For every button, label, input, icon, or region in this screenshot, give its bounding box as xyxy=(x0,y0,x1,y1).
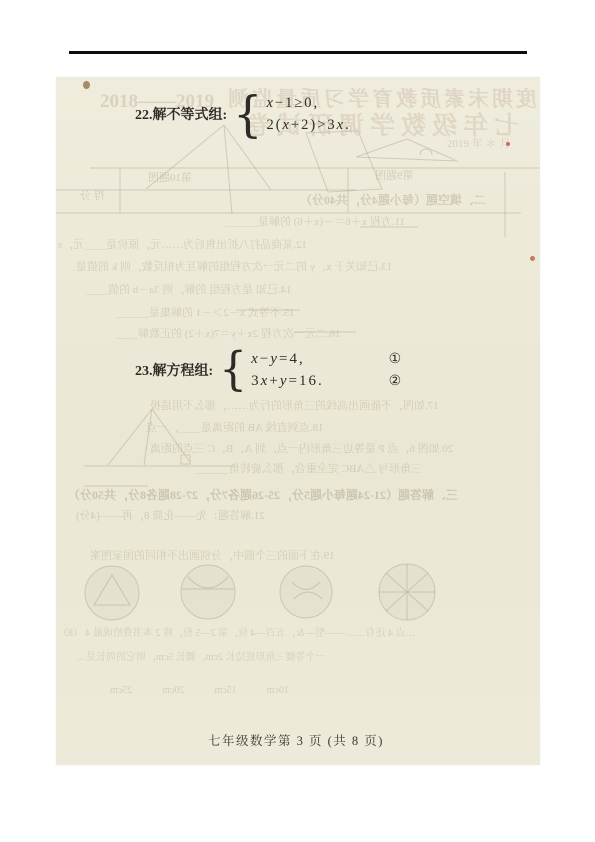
ghost-bleedthrough-line: 16.二元一次方程 2x＋y＝7(x＋2) 的正数解＿＿ xyxy=(116,328,341,341)
left-brace: { xyxy=(219,347,247,393)
equation-row: x−y=4, ① xyxy=(251,350,401,369)
problem-22-equations: x−1≥0, 2(x+2)>3x. xyxy=(266,94,350,135)
ghost-bleedthrough-line: 三、解答题（21-24题每小题5分，25-26题各7分，27-28题各8分，共5… xyxy=(68,488,458,502)
ghost-bleedthrough-line: 第10题图 xyxy=(148,172,192,185)
scan-page: { "footer": { "text": "七年级数学第 3 页 (共 8 页… xyxy=(0,0,595,842)
ghost-bleedthrough-line: 20.如图 6，点 P 是等边三角形内一点，到 A、B、C 三点的距离 xyxy=(150,443,453,456)
ghost-bleedthrough-line: 13.已知关于 x、y 的二元一次方程组的解互为相反数，则 k 的值是 xyxy=(76,261,392,274)
ghost-bleedthrough-line: 一个等腰三角形底边长 2cm，腰长 5cm，则它的周长是… xyxy=(76,652,325,664)
ghost-bleedthrough-line: 2019 年 ＊ 月 xyxy=(447,138,510,151)
ghost-bleedthrough-line: 10cm 15cm 20cm 25cm xyxy=(110,685,289,697)
problem-22-label: 22.解不等式组: xyxy=(135,104,227,124)
math-variable: x xyxy=(266,95,274,111)
math-variable: x xyxy=(261,373,270,389)
math-variable: x xyxy=(337,117,345,133)
equation-number-1: ① xyxy=(389,351,402,368)
ghost-bleedthrough-line: 17.如图，不能画出高线的三角形的行为……，那么不用适极 xyxy=(150,400,439,413)
ghost-bleedthrough-line: 15.不等式 x－2＞－1 的解集是＿＿＿ xyxy=(116,307,295,320)
math-variable: x xyxy=(283,117,291,133)
ghost-bleedthrough-line: 三角形与 △ABC 完全重合，那么旋转角＿＿＿ xyxy=(196,463,422,476)
problem-23-equations: x−y=4, ① 3x+y=16. ② xyxy=(251,350,401,391)
left-brace: { xyxy=(233,90,262,138)
ghost-bleedthrough-line: 14.已知 是方程组 的解，则 3a－b 的值＿＿ xyxy=(86,284,292,297)
brown-ink-dot xyxy=(83,81,90,89)
equation-line: x−y=4, xyxy=(251,350,305,369)
equation-row: 3x+y=16. ② xyxy=(251,372,401,391)
equation-line: 2(x+2)>3x. xyxy=(266,116,350,135)
ghost-bleedthrough-line: 第9题图 xyxy=(375,170,414,183)
problem-22: 22.解不等式组: { x−1≥0, 2(x+2)>3x. xyxy=(135,91,351,137)
equation-number-2: ② xyxy=(389,373,402,390)
ghost-bleedthrough-line: 19.在下面的三个圆中，分别画出不相同的国家图案 xyxy=(90,550,335,563)
ghost-bleedthrough-line: 二、填空题（每小题4分，共40分） xyxy=(300,193,486,207)
ghost-text-layer: 2018——2019学年度期末素质教育学习质量监测七年级数学调研试卷2019 年… xyxy=(56,77,540,765)
math-variable: y xyxy=(270,351,279,367)
math-variable: x xyxy=(251,351,260,367)
equation-line: 3x+y=16. xyxy=(251,372,324,391)
ghost-bleedthrough-line: 12.某商品打八折出售后为……元，原价是＿＿元，s xyxy=(58,239,307,252)
top-horizontal-rule xyxy=(69,51,527,54)
ghost-bleedthrough-line: …点 4 还有……——型—＆，五百—4 位，第 2—5 份，将 2 本书费给成最… xyxy=(58,628,416,640)
page-footer: 七年级数学第 3 页 (共 8 页) xyxy=(208,731,384,749)
ghost-bleedthrough-line: 11.方程 x＋6＝－(x＋6) 的解是＿＿＿ xyxy=(225,216,405,229)
math-variable: y xyxy=(280,373,289,389)
ghost-bleedthrough-line: 18.点到直线 AB 的距离是＿＿，一点 xyxy=(146,422,324,435)
exam-paper: 2018——2019学年度期末素质教育学习质量监测七年级数学调研试卷2019 年… xyxy=(56,77,540,765)
ghost-bleedthrough-line: 得 分 xyxy=(80,190,105,203)
problem-23-label: 23.解方程组: xyxy=(135,360,213,380)
problem-23: 23.解方程组: { x−y=4, ① 3x+y=16. ② xyxy=(135,348,401,392)
equation-line: x−1≥0, xyxy=(266,94,350,113)
red-ink-dot xyxy=(506,142,510,146)
ghost-bleedthrough-line: 21.解答题：先——化简 8，再――(4分) xyxy=(76,510,265,523)
red-ink-dot xyxy=(530,256,535,261)
